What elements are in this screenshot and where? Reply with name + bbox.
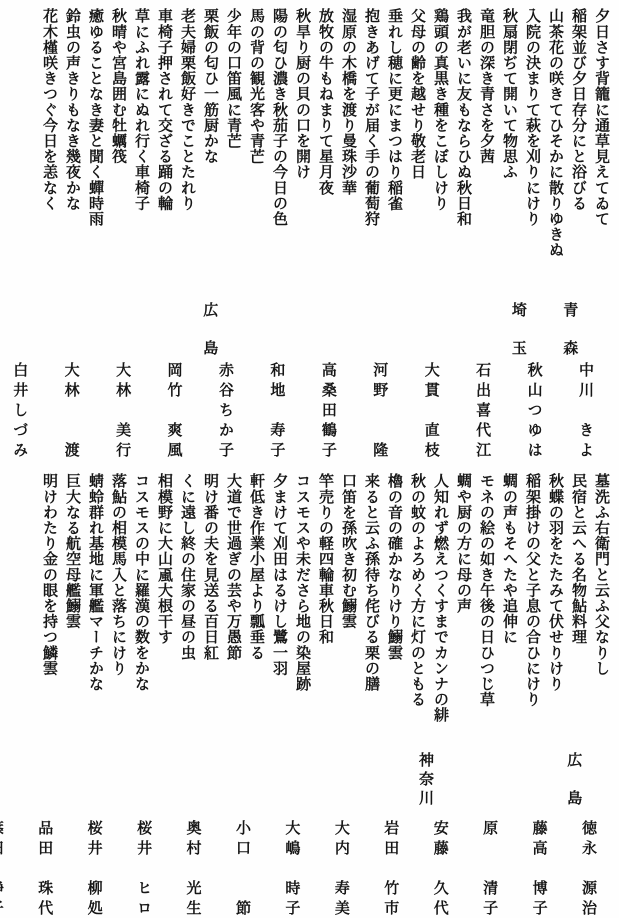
author-name: 岩田 竹市 [367, 820, 413, 918]
prefecture-label [283, 752, 300, 820]
author-name: 安藤 久代 [417, 820, 463, 918]
author-name: 徳永 源治 [565, 820, 611, 918]
author-entry: 高桑田鶴子 [300, 302, 351, 468]
author-name: 赤谷ちか子 [201, 362, 249, 462]
haiku-column: 来ると云ふ孫待ち侘びる栗の膳 [359, 473, 382, 753]
haiku-column: 少年の口笛風に青芒 [221, 8, 244, 288]
author-entry: 白井しづみ [0, 302, 43, 468]
document-page: 夕日さす背籠に通草見えてゐて稲架並び夕日存分にと浴びる山茶花の咲きてひそかに散り… [0, 0, 619, 918]
prefecture-label: 広 島 [217, 302, 234, 362]
prefecture-label [530, 752, 547, 820]
prefecture-label [62, 302, 79, 362]
author-name: 藤高 博子 [516, 820, 562, 918]
haiku-column: 馬の背の観光客や青芒 [244, 8, 267, 288]
haiku-column: 入院の決まりて萩を刈りにけり [520, 8, 543, 288]
author-name: 岡竹 爽風 [150, 362, 198, 462]
haiku-column: 墓洗ふ右衛門と云ふ父なりし [589, 473, 612, 753]
haiku-column: 秋の蚊のよろめく方に灯のともる [405, 473, 428, 753]
prefecture-label [481, 752, 498, 820]
author-entry: 原 清子 [463, 752, 512, 918]
prefecture-label [234, 752, 251, 820]
author-entry: 奥村 光生 [166, 752, 215, 918]
prefecture-label: 神奈川 [431, 752, 448, 820]
haiku-column: 口笛を孫吹き初む鰯雲 [336, 473, 359, 753]
haiku-column: 軒低き作業小屋より瓢垂る [244, 473, 267, 753]
haiku-column: 癒ゆることなき妻と聞く蟬時雨 [83, 8, 106, 288]
haiku-column: 草にふれ露にぬれ行く車椅子 [129, 8, 152, 288]
haiku-column: 相模野に大山颪大根干す [152, 473, 175, 753]
author-name: 桜井 ヒロ [120, 820, 166, 918]
author-name: 白井しづみ [0, 362, 43, 462]
haiku-column: 蜩の声もそへたや追伸に [497, 473, 520, 753]
haiku-column: 車椅子押されて交ざる踊の輪 [152, 8, 175, 288]
author-entry: 河野 隆 [352, 302, 403, 468]
prefecture-label [85, 752, 102, 820]
author-entry: 神奈川安藤 久代 [413, 752, 462, 918]
haiku-column: 明けわたり金の眼を持つ鱗雲 [37, 473, 60, 753]
haiku-column: 秋蝶の羽をたたみて伏せりけり [543, 473, 566, 753]
author-name: 大嶋 時子 [268, 820, 314, 918]
haiku-column: 明け番の夫を見送る百日紅 [198, 473, 221, 753]
haiku-column: 山茶花の咲きてひそかに散りゆきぬ [543, 8, 566, 288]
haiku-column: 稲架並び夕日存分にと浴びる [566, 8, 589, 288]
author-entry: 和地 寿子 [249, 302, 300, 468]
haiku-column: 秋旱り厨の貝の口を開け [290, 8, 313, 288]
haiku-column: 抱きあげて子が届く手の葡萄狩 [359, 8, 382, 288]
haiku-column: モネの絵の如き午後の日ひつじ草 [474, 473, 497, 753]
haiku-column: 老夫婦栗飯好きでことたれり [175, 8, 198, 288]
prefecture-label [474, 302, 491, 362]
haiku-column: 竜胆の深き青さを夕茜 [474, 8, 497, 288]
haiku-column: 櫓の音の確かなりけり鰯雲 [382, 473, 405, 753]
haiku-column: 放牧の牛もねまりて星月夜 [313, 8, 336, 288]
author-name: 大林 美行 [98, 362, 146, 462]
author-entry: 岩田 竹市 [364, 752, 413, 918]
prefecture-label [0, 752, 3, 820]
author-name: 品田 珠代 [21, 820, 67, 918]
prefecture-label [333, 752, 350, 820]
prefecture-label [135, 752, 152, 820]
haiku-column: 夕まけて刈田はるけし鷺一羽 [267, 473, 290, 753]
author-entry: 大林 美行 [95, 302, 146, 468]
haiku-column: 蜻蛉群れ基地に軍艦マーチかな [83, 473, 106, 753]
prefecture-label: 埼 玉 [525, 302, 542, 362]
author-name: 和地 寿子 [252, 362, 300, 462]
prefecture-label [11, 302, 28, 362]
author-entry: 広 島赤谷ちか子 [198, 302, 249, 468]
haiku-column: 垂れし穂に更にまつはり稲雀 [382, 8, 405, 288]
haiku-column: 鈴虫の声きりもなき幾夜かな [60, 8, 83, 288]
author-name: 篠田 静子 [0, 820, 18, 918]
haiku-column: 民宿と云へる名物鮎料理 [566, 473, 589, 753]
author-entry: 石出喜代江 [455, 302, 506, 468]
haiku-column: 湿原の木橋を渡り曼珠沙華 [336, 8, 359, 288]
haiku-column: 竿売りの軽四輪車秋日和 [313, 473, 336, 753]
author-entry: 広 島徳永 源治 [562, 752, 611, 918]
author-name: 原 清子 [466, 820, 512, 918]
haiku-column: 父母の齢を越せり敬老日 [405, 8, 428, 288]
haiku-column: 蜩や厨の方に母の声 [451, 473, 474, 753]
author-name: 奥村 光生 [170, 820, 216, 918]
prefecture-label [114, 302, 131, 362]
haiku-column: 巨大なる航空母艦鰯雲 [60, 473, 83, 753]
author-entry: 岡竹 爽風 [146, 302, 197, 468]
haiku-column: 秋扇閉ぢて開いて物思ふ [497, 8, 520, 288]
prefecture-label [422, 302, 439, 362]
author-entry: 大嶋 時子 [265, 752, 314, 918]
author-entry: 桜井 柳処 [67, 752, 116, 918]
bottom-authors-section: 広 島徳永 源治 藤高 博子 原 清子 神奈川安藤 久代 岩田 竹市 大内 寿美… [0, 752, 611, 918]
author-name: 秋山つゆは [510, 362, 558, 462]
author-entry: 小口 節 [216, 752, 265, 918]
top-poems-section: 夕日さす背籠に通草見えてゐて稲架並び夕日存分にと浴びる山茶花の咲きてひそかに散り… [37, 8, 612, 288]
haiku-column: 人知れず燃えつくすまでカンナの緋 [428, 473, 451, 753]
author-entry: 青 森中川 きよ [558, 302, 609, 468]
prefecture-label [184, 752, 201, 820]
author-entry: 藤高 博子 [512, 752, 561, 918]
haiku-column: 稲架掛けの父と子息の合ひにけり [520, 473, 543, 753]
author-entry: 桜井 ヒロ [117, 752, 166, 918]
author-entry: 篠田 静子 [0, 752, 18, 918]
author-name: 中川 きよ [561, 362, 609, 462]
haiku-column: コスモスの中に羅漢の数をかな [129, 473, 152, 753]
top-authors-section: 青 森中川 きよ 埼 玉秋山つゆは 石出喜代江 大貫 直枝 河野 隆 高桑田鶴子… [0, 302, 609, 468]
author-name: 小口 節 [219, 820, 265, 918]
haiku-column: 我が老いに友もならひぬ秋日和 [451, 8, 474, 288]
prefecture-label [371, 302, 388, 362]
prefecture-label [382, 752, 399, 820]
author-name: 大貫 直枝 [407, 362, 455, 462]
prefecture-label: 広 島 [580, 752, 597, 820]
haiku-column: 栗飯の匂ひ一筋厨かな [198, 8, 221, 288]
author-entry: 大林 渡 [43, 302, 94, 468]
haiku-column: 陽の匂ひ濃き秋茄子の今日の色 [267, 8, 290, 288]
bottom-poems-section: 墓洗ふ右衛門と云ふ父なりし民宿と云へる名物鮎料理秋蝶の羽をたたみて伏せりけり稲架… [37, 473, 612, 753]
author-name: 河野 隆 [355, 362, 403, 462]
author-name: 石出喜代江 [458, 362, 506, 462]
haiku-column: くに遠し終の住家の昼の虫 [175, 473, 198, 753]
prefecture-label: 青 森 [577, 302, 594, 362]
haiku-column: 鶏頭の真黒き種をこぼしけり [428, 8, 451, 288]
author-name: 桜井 柳処 [71, 820, 117, 918]
haiku-column: コスモスや未ださら地の染屋跡 [290, 473, 313, 753]
author-entry: 大内 寿美 [314, 752, 363, 918]
haiku-column: 夕日さす背籠に通草見えてゐて [589, 8, 612, 288]
author-name: 大内 寿美 [318, 820, 364, 918]
author-entry: 埼 玉秋山つゆは [506, 302, 557, 468]
prefecture-label [268, 302, 285, 362]
author-name: 大林 渡 [47, 362, 95, 462]
haiku-column: 花木槿咲きつぐ今日を恙なく [37, 8, 60, 288]
prefecture-label [36, 752, 53, 820]
prefecture-label [320, 302, 337, 362]
prefecture-label [165, 302, 182, 362]
author-name: 高桑田鶴子 [304, 362, 352, 462]
author-entry: 品田 珠代 [18, 752, 67, 918]
author-entry: 大貫 直枝 [403, 302, 454, 468]
haiku-column: 大道で世過ぎの芸や万愚節 [221, 473, 244, 753]
haiku-column: 秋晴や宮島囲む牡蠣筏 [106, 8, 129, 288]
haiku-column: 落鮎の相模馬入と落ちにけり [106, 473, 129, 753]
